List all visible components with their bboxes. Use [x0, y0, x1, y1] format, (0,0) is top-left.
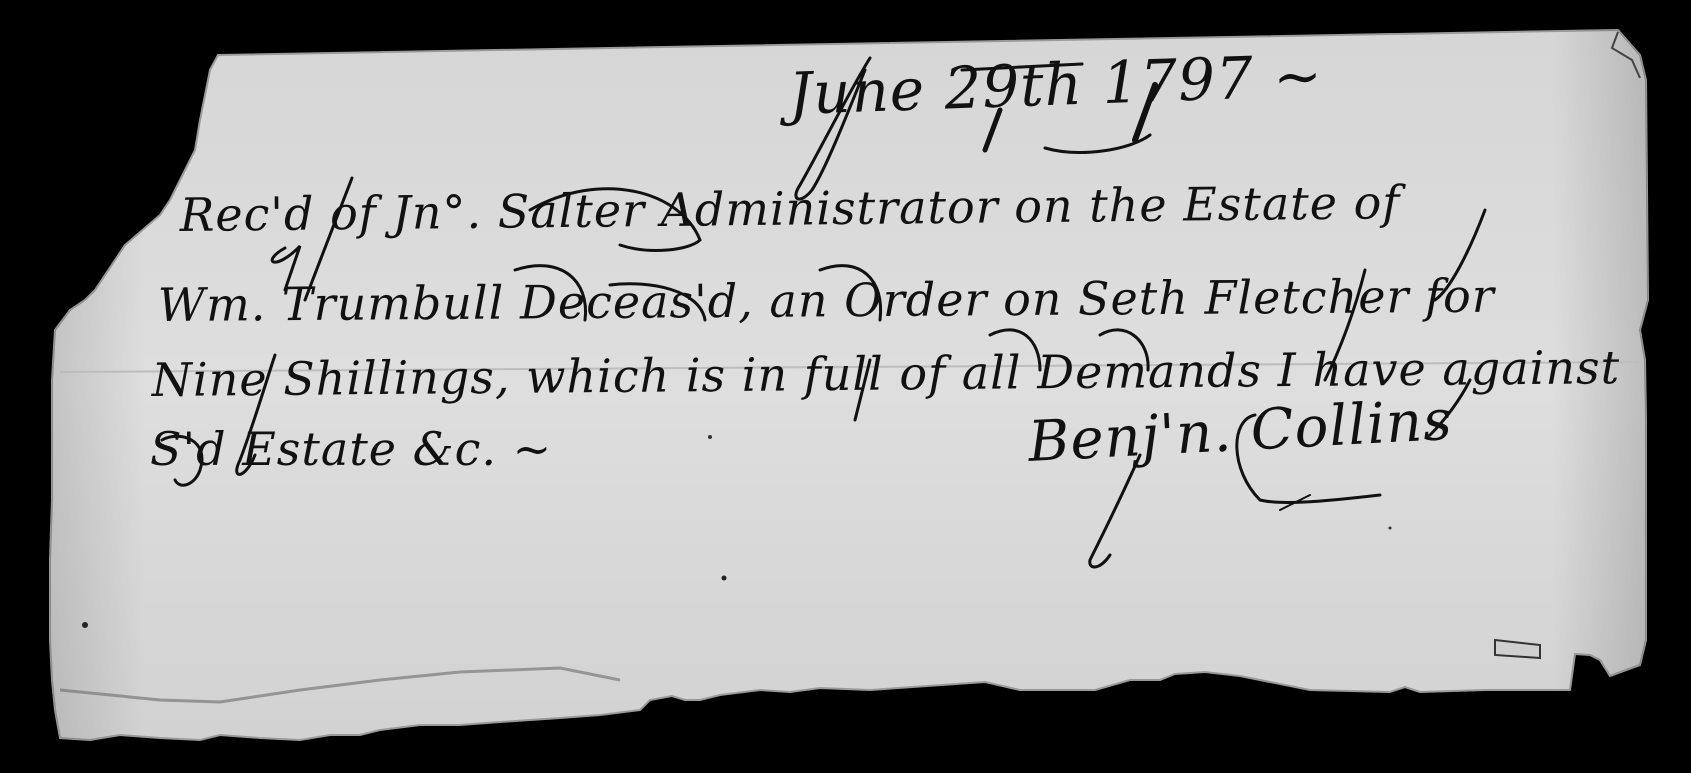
body-line-2: Wm. Trumbull Deceas'd, an Order on Seth … — [158, 269, 1495, 332]
body-line-4: S'd Estate &c. ~ — [150, 422, 552, 476]
scanned-document: June 29th 1797 ~ Rec'd of Jn°. Salter Ad… — [0, 0, 1691, 773]
